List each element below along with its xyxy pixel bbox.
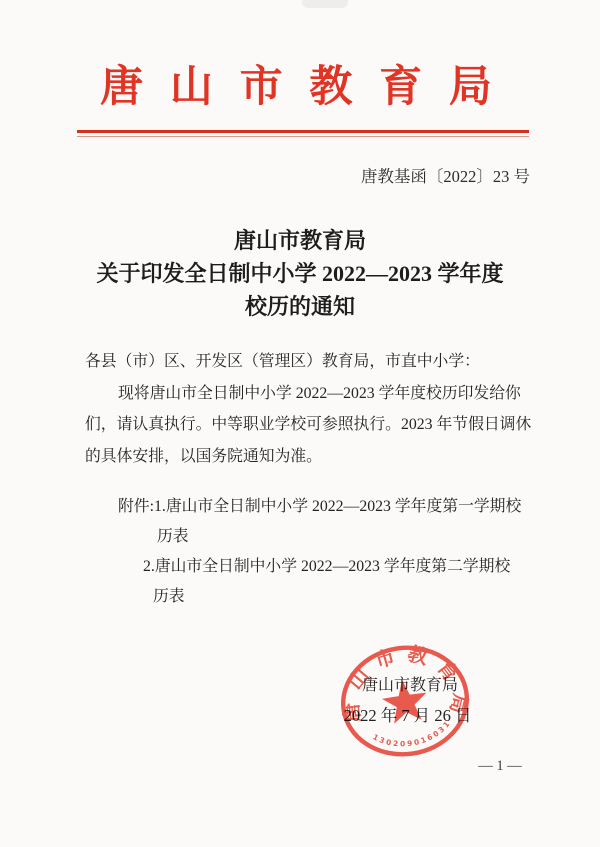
document-title: 唐山市教育局 关于印发全日制中小学 2022—2023 学年度 校历的通知	[0, 224, 600, 323]
title-line-2: 关于印发全日制中小学 2022—2023 学年度	[0, 257, 600, 290]
attachment-line: 2.唐山市全日制中小学 2022—2023 学年度第二学期校	[85, 552, 537, 582]
red-separator-thin-line	[77, 136, 529, 137]
attachment-line: 历表	[85, 582, 537, 612]
seal-star-icon	[380, 676, 430, 725]
document-page: 唐 山 市 教 育 局 唐教基函〔2022〕23 号 唐山市教育局 关于印发全日…	[0, 0, 600, 847]
attachment-line: 历表	[85, 522, 537, 552]
title-line-1: 唐山市教育局	[0, 224, 600, 257]
document-number: 唐教基函〔2022〕23 号	[361, 163, 530, 187]
official-seal: 唐山市教育局 1302090160318	[328, 633, 481, 769]
salutation: 各县（市）区、开发区（管理区）教育局，市直中小学：	[85, 346, 537, 378]
body-line: 的具体安排，以国务院通知为准。	[85, 441, 537, 473]
agency-name: 唐 山 市 教 育 局	[0, 62, 600, 114]
scan-artifact	[302, 0, 348, 8]
body-line: 们，请认真执行。中等职业学校可参照执行。2023 年节假日调休	[85, 409, 537, 441]
attachment-list: 附件:1.唐山市全日制中小学 2022—2023 学年度第一学期校 历表 2.唐…	[85, 492, 537, 612]
body-line: 现将唐山市全日制中小学 2022—2023 学年度校历印发给你	[85, 378, 537, 410]
page-number: — 1 —	[466, 758, 534, 775]
title-line-3: 校历的通知	[0, 290, 600, 323]
body-text: 各县（市）区、开发区（管理区）教育局，市直中小学： 现将唐山市全日制中小学 20…	[85, 346, 537, 472]
attachment-line: 附件:1.唐山市全日制中小学 2022—2023 学年度第一学期校	[85, 492, 537, 522]
red-separator	[77, 130, 529, 137]
